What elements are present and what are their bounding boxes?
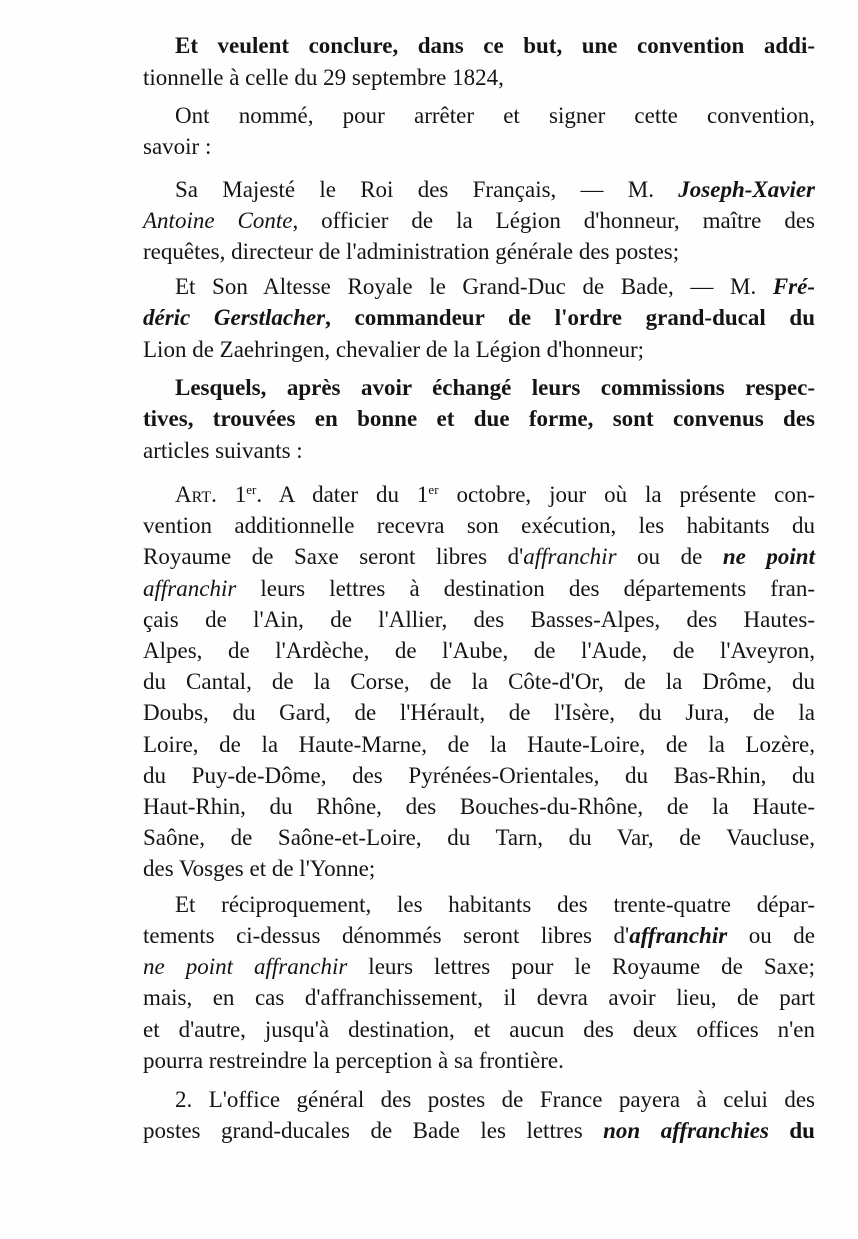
emphasis-italic: affranchir — [629, 923, 727, 948]
text-line: Antoine Conte, officier de la Légion d'h… — [143, 205, 815, 236]
text-line: Loire, de la Haute-Marne, de la Haute-Lo… — [143, 729, 815, 760]
text-line: tements ci-dessus dénommés seront libres… — [143, 920, 815, 951]
text-line: pourra restreindre la perception à sa fr… — [143, 1045, 815, 1076]
text-line: requêtes, directeur de l'administration … — [143, 236, 815, 267]
emphasis-italic: ne point — [723, 544, 815, 569]
text-line: Haut-Rhin, du Rhône, des Bouches-du-Rhôn… — [143, 791, 815, 822]
text-line: déric Gerstlacher, commandeur de l'ordre… — [143, 302, 815, 333]
name-italic: Joseph-Xavier — [678, 177, 815, 202]
emphasis-italic: affranchir — [523, 544, 616, 569]
text-line: Saône, de Saône-et-Loire, du Tarn, du Va… — [143, 822, 815, 853]
line-text: Sa Majesté le Roi des Français, — M. — [175, 177, 678, 202]
line-text: , commandeur de l'ordre grand-ducal du — [325, 305, 815, 330]
text-line: Et veulent conclure, dans ce but, une co… — [175, 30, 815, 61]
text-line: du Puy-de-Dôme, des Pyrénées-Orientales,… — [143, 760, 815, 791]
ordinal-sup: er — [246, 482, 256, 497]
name-italic: Antoine Conte — [143, 208, 292, 233]
text-line: du Cantal, de la Corse, de la Côte-d'Or,… — [143, 666, 815, 697]
text-line: Lesquels, après avoir échangé leurs comm… — [175, 372, 815, 403]
text-line: Alpes, de l'Ardèche, de l'Aube, de l'Aud… — [143, 635, 815, 666]
line-text: Royaume de Saxe seront libres d' — [143, 544, 523, 569]
line-text: leurs lettres pour le Royaume de Saxe; — [347, 954, 815, 979]
emphasis-italic: ne point affranchir — [143, 954, 347, 979]
line-text: octobre, jour où la présente con- — [439, 482, 815, 507]
text-line: mais, en cas d'affranchissement, il devr… — [143, 982, 815, 1013]
line-text: ou de — [617, 544, 723, 569]
text-line: Lion de Zaehringen, chevalier de la Légi… — [143, 334, 815, 365]
text-line: tives, trouvées en bonne et due forme, s… — [143, 403, 815, 434]
line-text: , officier de la Légion d'honneur, maîtr… — [292, 208, 815, 233]
text-line: affranchir leurs lettres à destination d… — [143, 573, 815, 604]
text-line: Royaume de Saxe seront libres d'affranch… — [143, 541, 815, 572]
text-line: Doubs, du Gard, de l'Hérault, de l'Isère… — [143, 697, 815, 728]
text-line: et d'autre, jusqu'à destination, et aucu… — [143, 1014, 815, 1045]
text-line: postes grand-ducales de Bade les lettres… — [143, 1115, 815, 1146]
line-text: ou de — [727, 923, 815, 948]
text-line: çais de l'Ain, de l'Allier, des Basses-A… — [143, 604, 815, 635]
text-line: ne point affranchir leurs lettres pour l… — [143, 951, 815, 982]
line-text: du — [769, 1118, 815, 1143]
text-line: Et réciproquement, les habitants des tre… — [175, 889, 815, 920]
line-text: leurs lettres à destination des départem… — [236, 576, 815, 601]
book-page: Et veulent conclure, dans ce but, une co… — [0, 0, 858, 1239]
name-italic: Fré- — [773, 274, 815, 299]
line-text: Et Son Altesse Royale le Grand-Duc de Ba… — [175, 274, 773, 299]
text-line: articles suivants : — [143, 435, 815, 466]
text-line: Sa Majesté le Roi des Français, — M. Jos… — [175, 174, 815, 205]
emphasis-italic: affranchir — [143, 576, 236, 601]
line-text: tements ci-dessus dénommés seront libres… — [143, 923, 629, 948]
article-label: Art. 1 — [175, 482, 246, 507]
article-heading-line: 2. L'office général des postes de France… — [175, 1084, 815, 1115]
emphasis-italic: non affranchies — [603, 1118, 769, 1143]
name-italic: déric Gerstlacher — [143, 305, 325, 330]
line-text: . A dater du 1 — [256, 482, 428, 507]
article-heading-line: Art. 1er. A dater du 1er octobre, jour o… — [175, 479, 815, 510]
text-line: Ont nommé, pour arrêter et signer cette … — [175, 100, 815, 131]
ordinal-sup: er — [428, 482, 438, 497]
text-line: tionnelle à celle du 29 septembre 1824, — [143, 62, 815, 93]
line-text: postes grand-ducales de Bade les lettres — [143, 1118, 603, 1143]
text-line: vention additionnelle recevra son exécut… — [143, 510, 815, 541]
text-line: savoir : — [143, 131, 815, 162]
text-line: Et Son Altesse Royale le Grand-Duc de Ba… — [175, 271, 815, 302]
text-line: des Vosges et de l'Yonne; — [143, 853, 815, 884]
